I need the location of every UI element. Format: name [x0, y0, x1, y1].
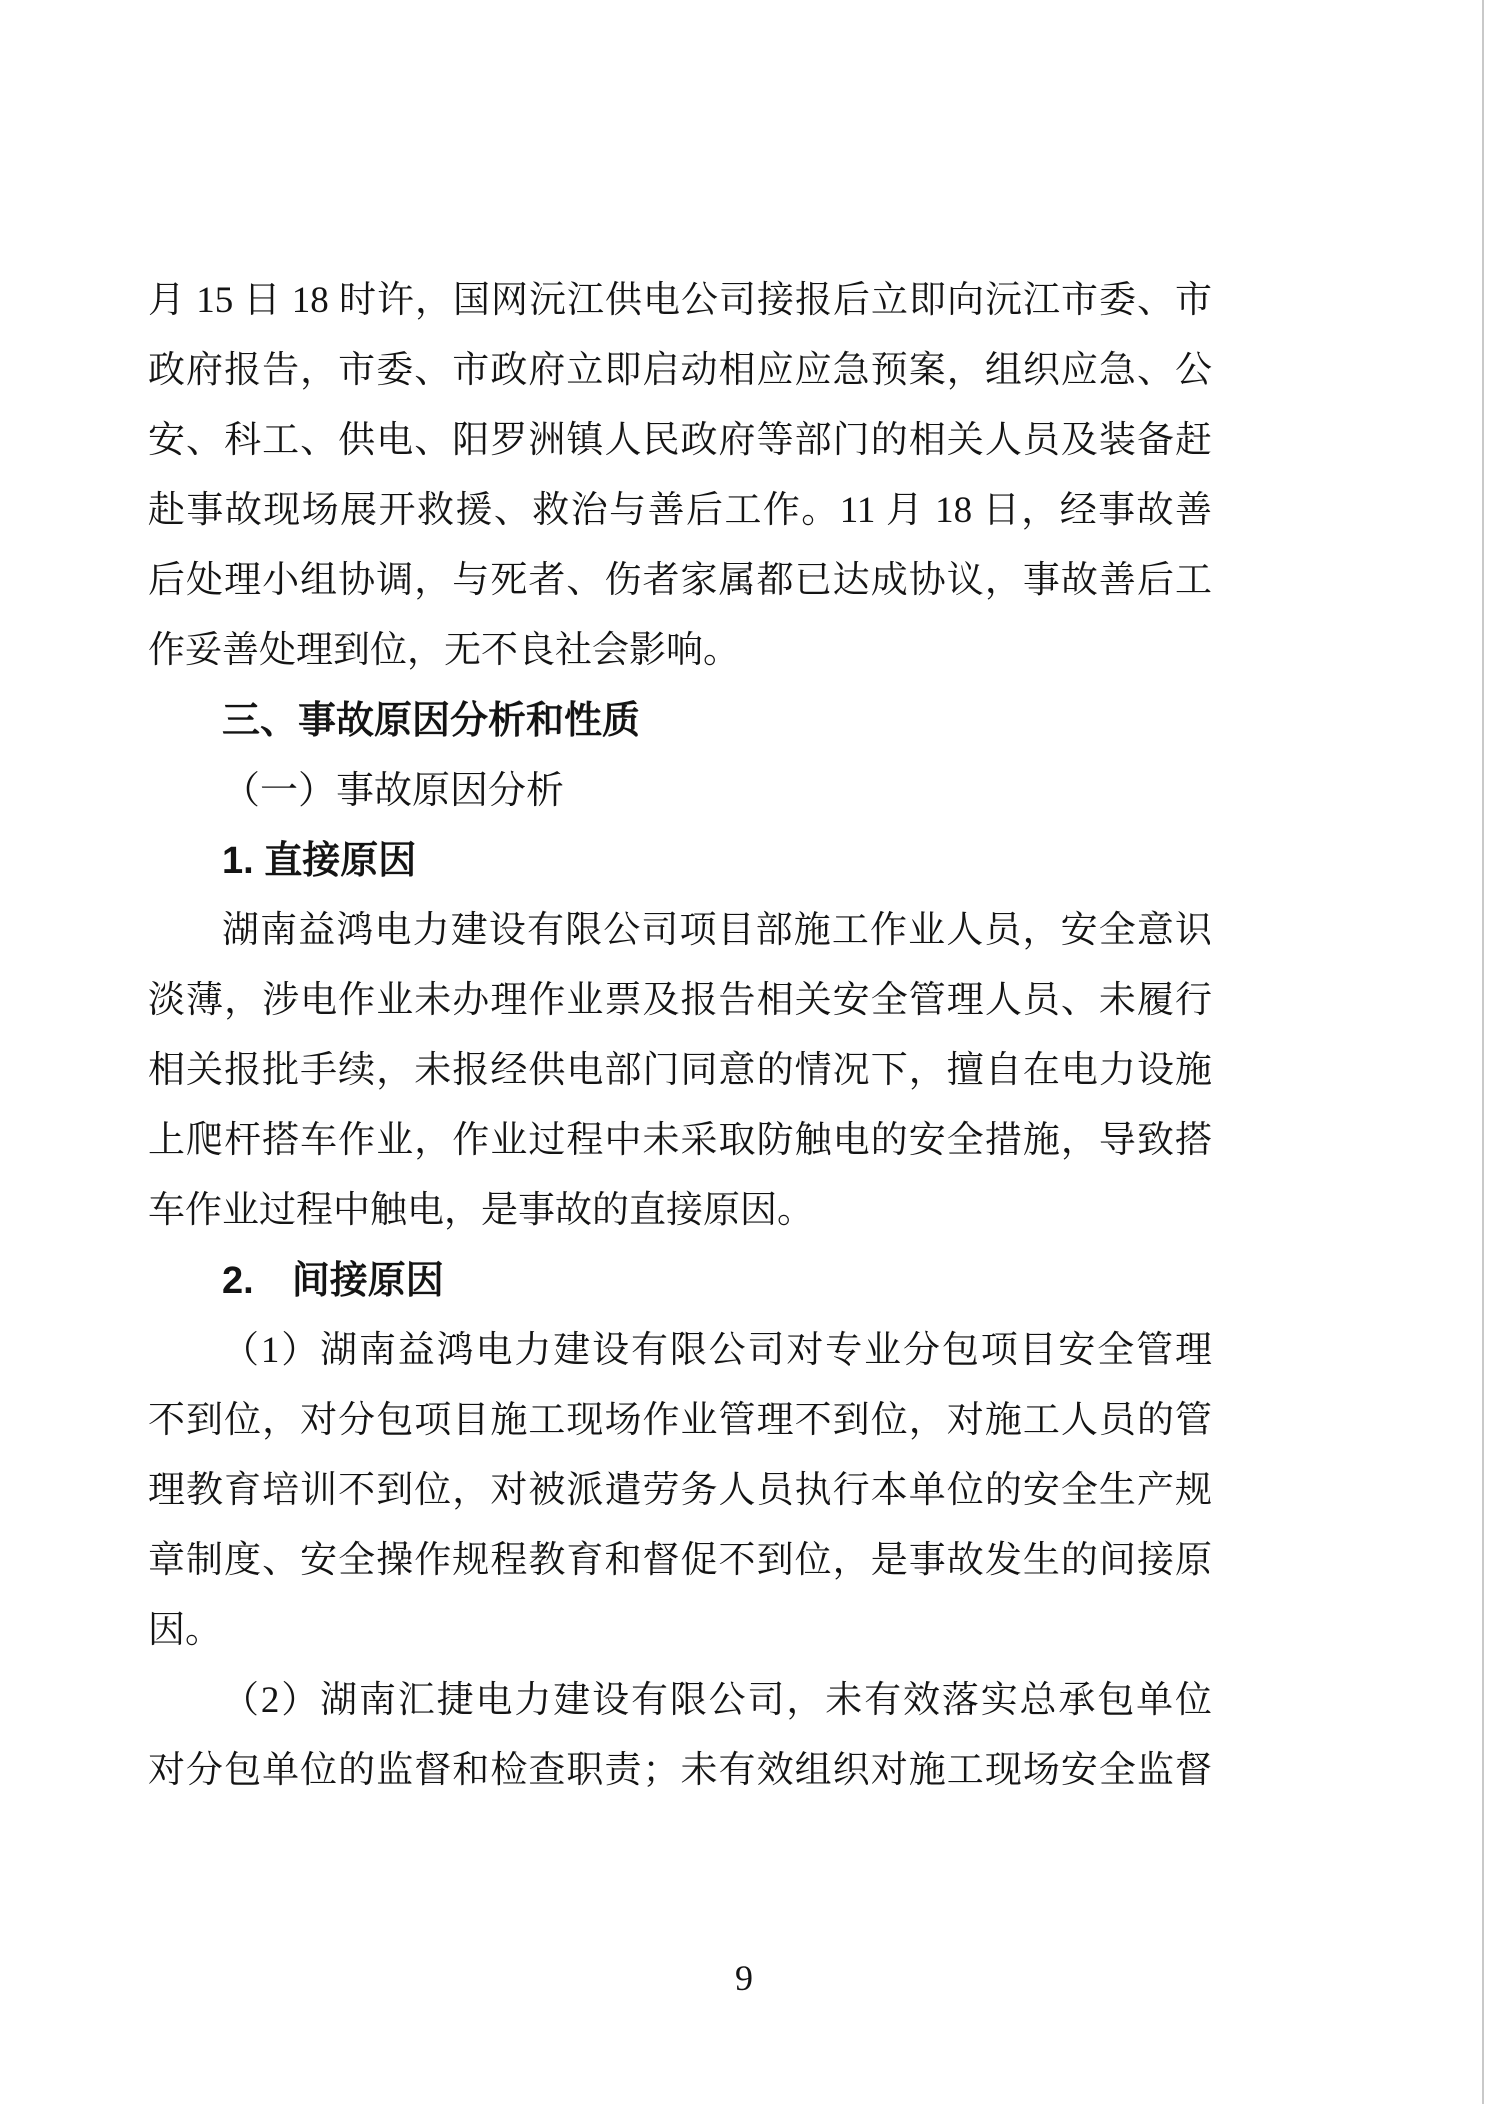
report-body: 月 15 日 18 时许，国网沅江供电公司接报后立即向沅江市委、市 政府报告，市…: [148, 266, 1212, 1806]
paragraph-line: 政府报告，市委、市政府立即启动相应应急预案，组织应急、公: [148, 336, 1212, 406]
page-number: 9: [0, 1956, 1488, 2000]
item-heading-indirect-cause: 2. 间接原因: [148, 1246, 1212, 1316]
item-heading-direct-cause: 1. 直接原因: [148, 826, 1212, 896]
scan-edge-line: [1482, 0, 1484, 2104]
paragraph-line: 安、科工、供电、阳罗洲镇人民政府等部门的相关人员及装备赶: [148, 406, 1212, 476]
paragraph-line: 相关报批手续，未报经供电部门同意的情况下，擅自在电力设施: [148, 1036, 1212, 1106]
section-heading-causes-and-nature: 三、事故原因分析和性质: [148, 686, 1212, 756]
paragraph-line: 对分包单位的监督和检查职责；未有效组织对施工现场安全监督: [148, 1736, 1212, 1806]
paragraph-line: 湖南益鸿电力建设有限公司项目部施工作业人员，安全意识: [148, 896, 1212, 966]
paragraph-line: 因。: [148, 1596, 1212, 1666]
document-page: 月 15 日 18 时许，国网沅江供电公司接报后立即向沅江市委、市 政府报告，市…: [0, 0, 1488, 2104]
paragraph-line: 车作业过程中触电，是事故的直接原因。: [148, 1176, 1212, 1246]
paragraph-line: 作妥善处理到位，无不良社会影响。: [148, 616, 1212, 686]
paragraph-line: 淡薄，涉电作业未办理作业票及报告相关安全管理人员、未履行: [148, 966, 1212, 1036]
paragraph-line: 上爬杆搭车作业，作业过程中未采取防触电的安全措施，导致搭: [148, 1106, 1212, 1176]
paragraph-line: 理教育培训不到位，对被派遣劳务人员执行本单位的安全生产规: [148, 1456, 1212, 1526]
paragraph-line: 后处理小组协调，与死者、伤者家属都已达成协议，事故善后工: [148, 546, 1212, 616]
subsection-heading-cause-analysis: （一）事故原因分析: [148, 756, 1212, 826]
paragraph-line: 不到位，对分包项目施工现场作业管理不到位，对施工人员的管: [148, 1386, 1212, 1456]
paragraph-line: （1）湖南益鸿电力建设有限公司对专业分包项目安全管理: [148, 1316, 1212, 1386]
paragraph-line: （2）湖南汇捷电力建设有限公司，未有效落实总承包单位: [148, 1666, 1212, 1736]
paragraph-line: 赴事故现场展开救援、救治与善后工作。11 月 18 日，经事故善: [148, 476, 1212, 546]
paragraph-line: 章制度、安全操作规程教育和督促不到位，是事故发生的间接原: [148, 1526, 1212, 1596]
paragraph-line: 月 15 日 18 时许，国网沅江供电公司接报后立即向沅江市委、市: [148, 266, 1212, 336]
